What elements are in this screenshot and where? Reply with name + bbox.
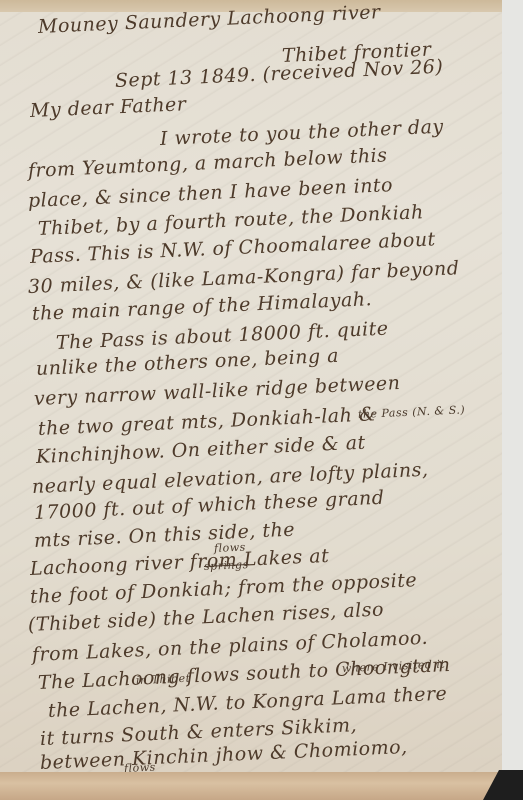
document-viewer: Mouney Saundery Lachoong river Thibet fr…: [0, 0, 523, 800]
page-bottom-edge: [0, 772, 523, 800]
letter-page: Mouney Saundery Lachoong river Thibet fr…: [0, 0, 502, 772]
salutation: My dear Father: [30, 93, 187, 122]
annotation-struck-word: springs: [204, 558, 249, 573]
heading-date: Sept 13 1849. (received Nov 26): [115, 56, 444, 92]
letter-line: I wrote to you the other day: [160, 116, 445, 150]
annotation-thibet-insert: in Thibet: [136, 672, 191, 687]
letter-line: mts rise. On this side, the: [34, 519, 296, 552]
letter-line: The Pass is about 18000 ft. quite: [56, 317, 389, 353]
scan-background-right: [502, 0, 523, 775]
annotation-flows-insert: flows: [214, 541, 246, 555]
